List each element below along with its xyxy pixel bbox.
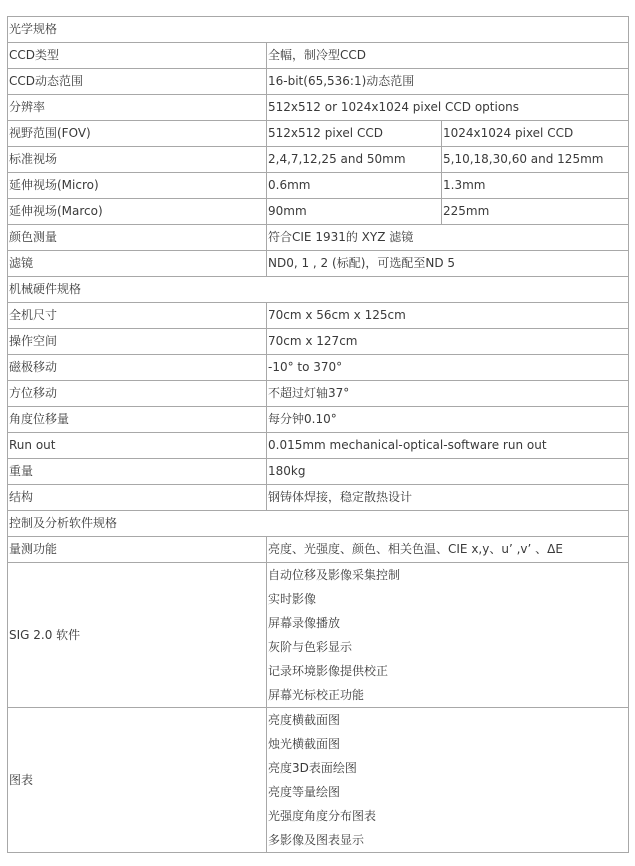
row-value-512: 512x512 pixel CCD xyxy=(267,121,442,147)
row-label: 量测功能 xyxy=(8,537,267,563)
row-value-512: 2,4,7,12,25 and 50mm xyxy=(267,147,442,173)
row-label: 分辨率 xyxy=(8,95,267,121)
row-label: 滤镜 xyxy=(8,251,267,277)
list-item: 实时影像 xyxy=(268,587,628,611)
list-item: 亮度横截面图 xyxy=(268,708,628,732)
row-value-512: 0.6mm xyxy=(267,173,442,199)
chart-feature-list: 亮度横截面图 烛光横截面图 亮度3D表面绘图 亮度等量绘图 光强度角度分布图表 … xyxy=(267,708,629,853)
table-row: 量测功能 亮度、光强度、颜色、相关色温、CIE x,y、u’ ,v’ 、ΔE xyxy=(8,537,629,563)
row-value: -10° to 370° xyxy=(267,355,629,381)
row-value: 70cm x 127cm xyxy=(267,329,629,355)
row-value: 70cm x 56cm x 125cm xyxy=(267,303,629,329)
list-item: 记录环境影像提供校正 xyxy=(268,659,628,683)
row-label: 重量 xyxy=(8,459,267,485)
row-value-1024: 225mm xyxy=(442,199,629,225)
row-value: 钢铸体焊接，稳定散热设计 xyxy=(267,485,629,511)
row-value-1024: 1024x1024 pixel CCD xyxy=(442,121,629,147)
row-value: 不超过灯轴37° xyxy=(267,381,629,407)
list-item: 亮度3D表面绘图 xyxy=(268,756,628,780)
section-optical: 光学规格 xyxy=(8,17,629,43)
table-row: 标准视场 2,4,7,12,25 and 50mm 5,10,18,30,60 … xyxy=(8,147,629,173)
table-row: 角度位移量 每分钟0.10° xyxy=(8,407,629,433)
table-row: SIG 2.0 软件 自动位移及影像采集控制 实时影像 屏幕录像播放 灰阶与色彩… xyxy=(8,563,629,708)
table-row: 方位移动 不超过灯轴37° xyxy=(8,381,629,407)
row-value: 符合CIE 1931的 XYZ 滤镜 xyxy=(267,225,629,251)
list-item: 光强度角度分布图表 xyxy=(268,804,628,828)
list-item: 亮度等量绘图 xyxy=(268,780,628,804)
row-label: 延伸视场(Micro) xyxy=(8,173,267,199)
table-row: CCD类型 全幅，制冷型CCD xyxy=(8,43,629,69)
table-row: 延伸视场(Marco) 90mm 225mm xyxy=(8,199,629,225)
row-label: 方位移动 xyxy=(8,381,267,407)
row-label: 标准视场 xyxy=(8,147,267,173)
row-label: 延伸视场(Marco) xyxy=(8,199,267,225)
row-value-1024: 1.3mm xyxy=(442,173,629,199)
table-row: 结构 钢铸体焊接，稳定散热设计 xyxy=(8,485,629,511)
row-value-1024: 5,10,18,30,60 and 125mm xyxy=(442,147,629,173)
table-row: 重量 180kg xyxy=(8,459,629,485)
spec-table: 光学规格 CCD类型 全幅，制冷型CCD CCD动态范围 16-bit(65,5… xyxy=(7,16,629,853)
row-label: 角度位移量 xyxy=(8,407,267,433)
table-row: 磁极移动 -10° to 370° xyxy=(8,355,629,381)
row-value: 亮度、光强度、颜色、相关色温、CIE x,y、u’ ,v’ 、ΔE xyxy=(267,537,629,563)
section-header-row: 机械硬件规格 xyxy=(8,277,629,303)
row-value: 全幅，制冷型CCD xyxy=(267,43,629,69)
row-label: 磁极移动 xyxy=(8,355,267,381)
row-value-512: 90mm xyxy=(267,199,442,225)
row-label: 颜色测量 xyxy=(8,225,267,251)
table-row: CCD动态范围 16-bit(65,536:1)动态范围 xyxy=(8,69,629,95)
table-row: 滤镜 ND0, 1 , 2 (标配)，可选配至ND 5 xyxy=(8,251,629,277)
list-item: 屏幕光标校正功能 xyxy=(268,683,628,707)
table-row: 全机尺寸 70cm x 56cm x 125cm xyxy=(8,303,629,329)
row-value: 180kg xyxy=(267,459,629,485)
list-item: 屏幕录像播放 xyxy=(268,611,628,635)
section-software: 控制及分析软件规格 xyxy=(8,511,629,537)
section-header-row: 控制及分析软件规格 xyxy=(8,511,629,537)
row-value: 0.015mm mechanical-optical-software run … xyxy=(267,433,629,459)
row-label: 图表 xyxy=(8,708,267,853)
table-row: 延伸视场(Micro) 0.6mm 1.3mm xyxy=(8,173,629,199)
table-row: Run out 0.015mm mechanical-optical-softw… xyxy=(8,433,629,459)
row-label: 视野范围(FOV) xyxy=(8,121,267,147)
row-value: ND0, 1 , 2 (标配)，可选配至ND 5 xyxy=(267,251,629,277)
row-label: CCD类型 xyxy=(8,43,267,69)
row-label: 操作空间 xyxy=(8,329,267,355)
section-mechanical: 机械硬件规格 xyxy=(8,277,629,303)
section-header-row: 光学规格 xyxy=(8,17,629,43)
row-label: CCD动态范围 xyxy=(8,69,267,95)
list-item: 灰阶与色彩显示 xyxy=(268,635,628,659)
row-value: 16-bit(65,536:1)动态范围 xyxy=(267,69,629,95)
list-item: 多影像及图表显示 xyxy=(268,828,628,852)
table-row: 视野范围(FOV) 512x512 pixel CCD 1024x1024 pi… xyxy=(8,121,629,147)
row-label: 结构 xyxy=(8,485,267,511)
table-row: 图表 亮度横截面图 烛光横截面图 亮度3D表面绘图 亮度等量绘图 光强度角度分布… xyxy=(8,708,629,853)
table-row: 分辨率 512x512 or 1024x1024 pixel CCD optio… xyxy=(8,95,629,121)
list-item: 烛光横截面图 xyxy=(268,732,628,756)
sig-feature-list: 自动位移及影像采集控制 实时影像 屏幕录像播放 灰阶与色彩显示 记录环境影像提供… xyxy=(267,563,629,708)
list-item: 自动位移及影像采集控制 xyxy=(268,563,628,587)
table-row: 颜色测量 符合CIE 1931的 XYZ 滤镜 xyxy=(8,225,629,251)
row-value: 512x512 or 1024x1024 pixel CCD options xyxy=(267,95,629,121)
table-row: 操作空间 70cm x 127cm xyxy=(8,329,629,355)
row-label: 全机尺寸 xyxy=(8,303,267,329)
row-value: 每分钟0.10° xyxy=(267,407,629,433)
row-label: Run out xyxy=(8,433,267,459)
row-label: SIG 2.0 软件 xyxy=(8,563,267,708)
